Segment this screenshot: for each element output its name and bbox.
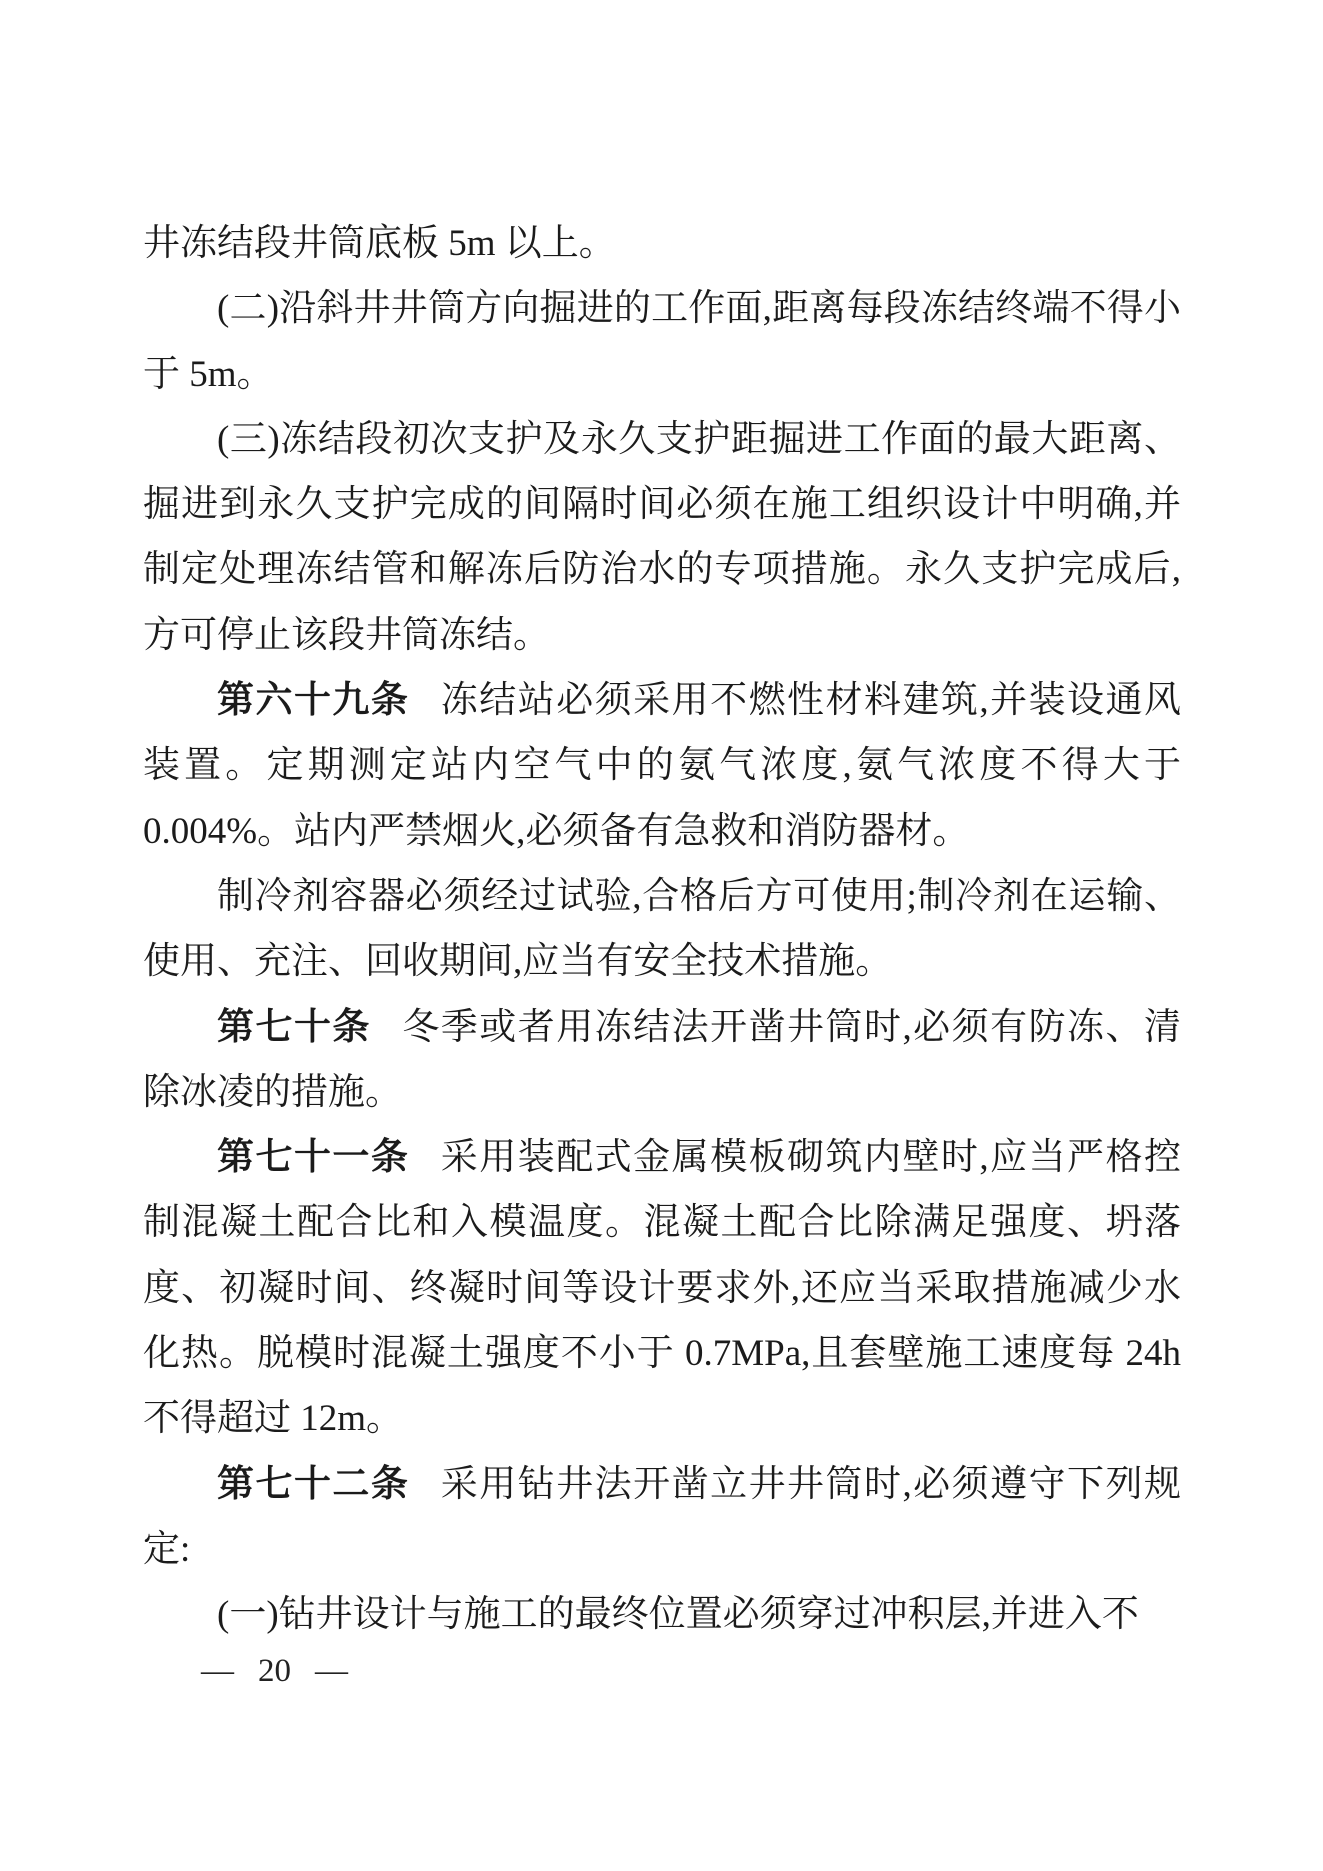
paragraph-item-1: (一)钻井设计与施工的最终位置必须穿过冲积层,并进入不 <box>143 1582 1181 1647</box>
paragraph-article-71: 第七十一条采用装配式金属模板砌筑内壁时,应当严格控制混凝土配合比和入模温度。混凝… <box>143 1125 1181 1451</box>
article-72-number: 第七十二条 <box>217 1464 409 1505</box>
document-page: 井冻结段井筒底板 5m 以上。 (二)沿斜井井筒方向掘进的工作面,距离每段冻结终… <box>0 0 1323 1871</box>
paragraph-item-3: (三)冻结段初次支护及永久支护距掘进工作面的最大距离、掘进到永久支护完成的间隔时… <box>143 407 1181 668</box>
paragraph-article-70: 第七十条冬季或者用冻结法开凿井筒时,必须有防冻、清除冰凌的措施。 <box>143 995 1181 1126</box>
page-footer: — 20 — <box>201 1653 348 1690</box>
document-body: 井冻结段井筒底板 5m 以上。 (二)沿斜井井筒方向掘进的工作面,距离每段冻结终… <box>143 211 1181 1648</box>
paragraph-article-72: 第七十二条采用钻井法开凿立井井筒时,必须遵守下列规定: <box>143 1452 1181 1583</box>
footer-right-dash: — <box>315 1653 348 1690</box>
paragraph-article-69: 第六十九条冻结站必须采用不燃性材料建筑,并装设通风装置。定期测定站内空气中的氨气… <box>143 668 1181 864</box>
paragraph-item-2: (二)沿斜井井筒方向掘进的工作面,距离每段冻结终端不得小于 5m。 <box>143 276 1181 407</box>
article-71-text: 采用装配式金属模板砌筑内壁时,应当严格控制混凝土配合比和入模温度。混凝土配合比除… <box>143 1137 1181 1439</box>
footer-left-dash: — <box>201 1653 234 1690</box>
article-70-number: 第七十条 <box>217 1007 371 1048</box>
paragraph-refrigerant: 制冷剂容器必须经过试验,合格后方可使用;制冷剂在运输、使用、充注、回收期间,应当… <box>143 864 1181 995</box>
article-69-number: 第六十九条 <box>217 680 409 721</box>
page-number: 20 <box>258 1653 291 1690</box>
article-71-number: 第七十一条 <box>217 1137 409 1178</box>
paragraph-continuation: 井冻结段井筒底板 5m 以上。 <box>143 211 1181 276</box>
